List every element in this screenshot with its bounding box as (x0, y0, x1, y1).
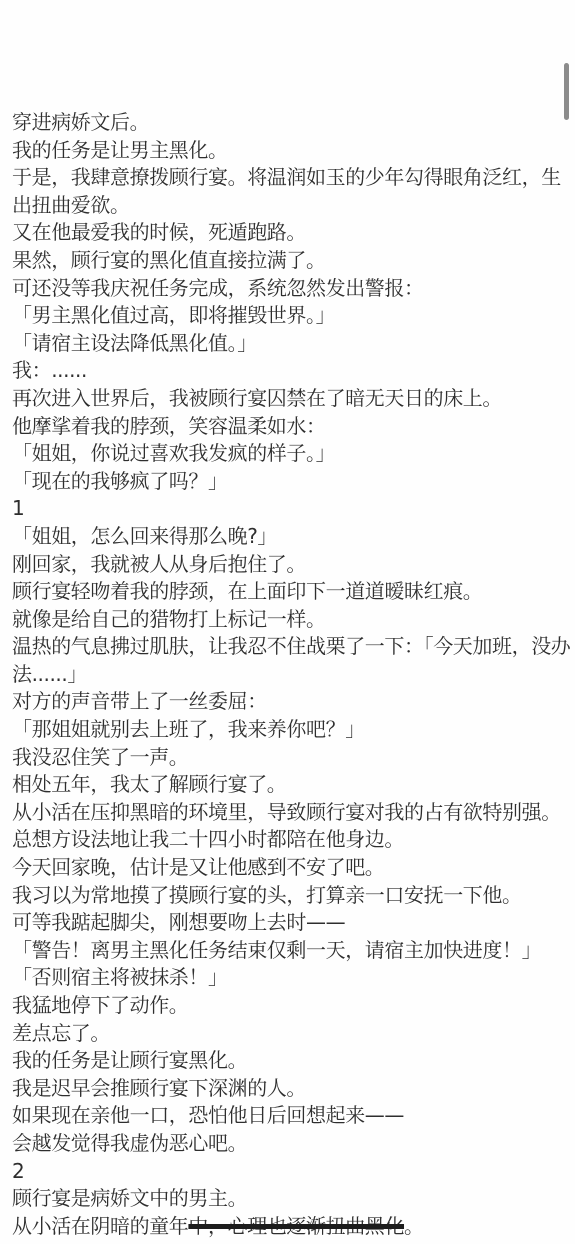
text-line: 2 (12, 1158, 571, 1186)
text-segment: 2 (12, 1159, 24, 1183)
text-line: 再次进入世界后，我被顾行宴囚禁在了暗无天日的床上。 (12, 385, 571, 413)
text-segment: 他摩挲着我的脖颈，笑容温柔如水： (12, 414, 326, 438)
text-line: 顾行宴是病娇文中的男主。 (12, 1185, 571, 1213)
text-segment: 可等我踮起脚尖，刚想要吻上去时—— (12, 910, 345, 934)
struck-text: 中，心理也逐渐扭曲黑化 (188, 1214, 404, 1238)
text-line: 我猛地停下了动作。 (12, 992, 571, 1020)
text-segment: 从小活在压抑黑暗的环境里，导致顾行宴对我的占有欲特别强。 (12, 800, 561, 824)
text-segment: 我的任务是让顾行宴黑化。 (12, 1048, 247, 1072)
text-segment: 总想方设法地让我二十四小时都陪在他身边。 (12, 827, 404, 851)
reader-page: 穿进病娇文后。我的任务是让男主黑化。于是，我肆意撩拨顾行宴。将温润如玉的少年勾得… (0, 0, 575, 1244)
text-line: 「警告！离男主黑化任务结束仅剩一天，请宿主加快进度！」 (12, 937, 571, 965)
text-segment: 「否则宿主将被抹杀！」 (12, 965, 228, 989)
text-segment: 如果现在亲他一口，恐怕他日后回想起来—— (12, 1103, 404, 1127)
text-segment: 我的任务是让男主黑化。 (12, 138, 228, 162)
text-segment: 对方的声音带上了一丝委屈： (12, 689, 267, 713)
text-segment: 今天回家晚，估计是又让他感到不安了吧。 (12, 855, 384, 879)
text-segment: 于是，我肆意撩拨顾行宴。将温润如玉的少年勾得眼角泛红，生 (12, 165, 561, 189)
text-line: 我是迟早会推顾行宴下深渊的人。 (12, 1075, 571, 1103)
text-segment: 「男主黑化值过高，即将摧毁世界。」 (12, 303, 335, 327)
text-line: 1 (12, 495, 571, 523)
text-segment: 我猛地停下了动作。 (12, 993, 188, 1017)
text-segment: 又在他最爱我的时候，死遁跑路。 (12, 220, 306, 244)
text-line: 「请宿主设法降低黑化值。」 (12, 330, 571, 358)
text-segment: 温热的气息拂过肌肤，让我忍不住战栗了一下：「今天加班，没办 (12, 634, 570, 658)
text-segment: 「现在的我够疯了吗？」 (12, 469, 228, 493)
text-segment: 顾行宴是病娇文中的男主。 (12, 1186, 247, 1210)
text-line: 就像是给自己的猎物打上标记一样。 (12, 606, 571, 634)
text-segment: 顾行宴轻吻着我的脖颈，在上面印下一道道暧昧红痕。 (12, 579, 482, 603)
text-line: 从小活在阴暗的童年中，心理也逐渐扭曲黑化。 (12, 1213, 571, 1241)
text-segment: 1 (12, 496, 24, 520)
text-line: 我的任务是让男主黑化。 (12, 137, 571, 165)
text-segment: 果然，顾行宴的黑化值直接拉满了。 (12, 248, 326, 272)
text-line: 温热的气息拂过肌肤，让我忍不住战栗了一下：「今天加班，没办 (12, 633, 571, 661)
text-segment: 穿进病娇文后。 (12, 110, 149, 134)
text-line: 「否则宿主将被抹杀！」 (12, 964, 571, 992)
text-line: 他摩挲着我的脖颈，笑容温柔如水： (12, 413, 571, 441)
text-line: 如果现在亲他一口，恐怕他日后回想起来—— (12, 1102, 571, 1130)
text-line: 我习以为常地摸了摸顾行宴的头，打算亲一口安抚一下他。 (12, 882, 571, 910)
text-line: 穿进病娇文后。 (12, 109, 571, 137)
text-line: 果然，顾行宴的黑化值直接拉满了。 (12, 247, 571, 275)
text-segment: 相处五年，我太了解顾行宴了。 (12, 772, 286, 796)
text-line: 又在他最爱我的时候，死遁跑路。 (12, 219, 571, 247)
text-segment: 再次进入世界后，我被顾行宴囚禁在了暗无天日的床上。 (12, 386, 502, 410)
text-segment: 我没忍住笑了一声。 (12, 745, 188, 769)
text-line: 法......」 (12, 661, 571, 689)
text-segment: 我习以为常地摸了摸顾行宴的头，打算亲一口安抚一下他。 (12, 883, 522, 907)
text-segment: 「姐姐，怎么回来得那么晚?」 (12, 524, 277, 548)
text-line: 今天回家晚，估计是又让他感到不安了吧。 (12, 854, 571, 882)
text-segment: 出扭曲爱欲。 (12, 193, 130, 217)
scrollbar-thumb[interactable] (564, 63, 569, 120)
text-line: 会越发觉得我虚伪恶心吧。 (12, 1130, 571, 1158)
text-segment: 我是迟早会推顾行宴下深渊的人。 (12, 1076, 306, 1100)
text-segment: 会越发觉得我虚伪恶心吧。 (12, 1131, 247, 1155)
text-segment: 可还没等我庆祝任务完成，系统忽然发出警报： (12, 276, 424, 300)
text-segment: 刚回家，我就被人从身后抱住了。 (12, 552, 306, 576)
text-segment: 「那姐姐就别去上班了，我来养你吧？」 (12, 717, 365, 741)
text-line: 相处五年，我太了解顾行宴了。 (12, 771, 571, 799)
text-segment: 「请宿主设法降低黑化值。」 (12, 331, 257, 355)
text-line: 总想方设法地让我二十四小时都陪在他身边。 (12, 826, 571, 854)
text-segment: 「警告！离男主黑化任务结束仅剩一天，请宿主加快进度！」 (12, 938, 541, 962)
text-segment: 差点忘了。 (12, 1021, 110, 1045)
text-line: 可还没等我庆祝任务完成，系统忽然发出警报： (12, 275, 571, 303)
text-line: 我没忍住笑了一声。 (12, 744, 571, 772)
text-line: 「现在的我够疯了吗？」 (12, 468, 571, 496)
text-line: 于是，我肆意撩拨顾行宴。将温润如玉的少年勾得眼角泛红，生 (12, 164, 571, 192)
text-line: 刚回家，我就被人从身后抱住了。 (12, 551, 571, 579)
text-line: 「男主黑化值过高，即将摧毁世界。」 (12, 302, 571, 330)
reader-lines: 穿进病娇文后。我的任务是让男主黑化。于是，我肆意撩拨顾行宴。将温润如玉的少年勾得… (12, 109, 571, 1240)
text-segment: 就像是给自己的猎物打上标记一样。 (12, 607, 326, 631)
text-segment: 从小活在阴暗的童年 (12, 1214, 188, 1238)
text-segment: 法......」 (12, 662, 87, 686)
text-line: 可等我踮起脚尖，刚想要吻上去时—— (12, 909, 571, 937)
text-line: 「姐姐，怎么回来得那么晚?」 (12, 523, 571, 551)
text-segment: 我：...... (12, 358, 87, 382)
text-line: 我：...... (12, 357, 571, 385)
text-line: 「姐姐，你说过喜欢我发疯的样子。」 (12, 440, 571, 468)
text-line: 差点忘了。 (12, 1020, 571, 1048)
text-segment: 「姐姐，你说过喜欢我发疯的样子。」 (12, 441, 335, 465)
text-line: 我的任务是让顾行宴黑化。 (12, 1047, 571, 1075)
text-line: 顾行宴轻吻着我的脖颈，在上面印下一道道暧昧红痕。 (12, 578, 571, 606)
text-line: 「那姐姐就别去上班了，我来养你吧？」 (12, 716, 571, 744)
text-line: 对方的声音带上了一丝委屈： (12, 688, 571, 716)
text-line: 出扭曲爱欲。 (12, 192, 571, 220)
text-segment: 。 (404, 1214, 424, 1238)
text-line: 从小活在压抑黑暗的环境里，导致顾行宴对我的占有欲特别强。 (12, 799, 571, 827)
